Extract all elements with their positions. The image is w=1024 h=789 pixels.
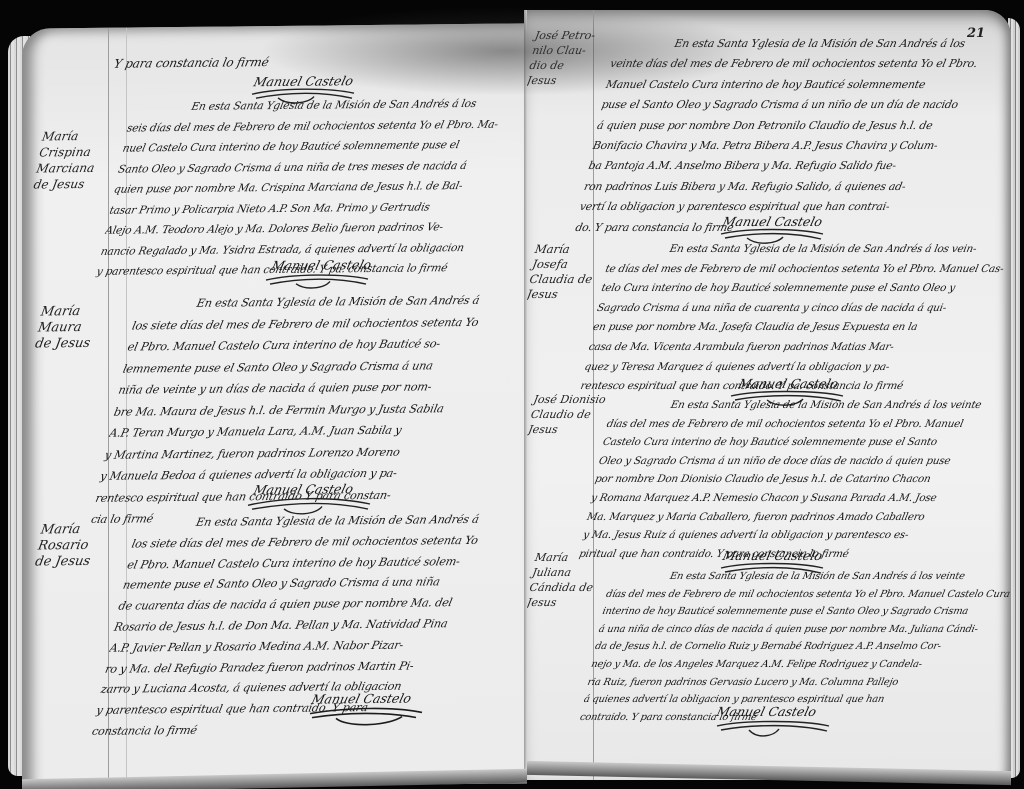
entry-line: Oleo y Sagrado Crisma á un niño de doce … (597, 452, 1005, 471)
entry-line: en puse por nombre Ma. Josefa Claudia de… (591, 318, 999, 338)
entry-line: constancia lo firmé (90, 718, 499, 743)
baptism-entry-r2: En esta Santa Yglesia de la Misión de Sa… (578, 240, 1011, 397)
baptism-entry-r4: En esta Santa Yglesia de la Misión de Sa… (578, 568, 1011, 726)
entry-line: telo Cura interino de hoy Bauticé solemn… (599, 279, 1007, 299)
entry-line: Manuel Castelo Cura interino de hoy Baut… (604, 75, 1011, 95)
margin-name-line: Claudio de (530, 407, 605, 422)
margin-name-line: José Dionisio (532, 392, 607, 407)
entry-line: los siete días del mes de Febrero de mil… (129, 530, 527, 555)
entry-line: En esta Santa Yglesia de la Misión de Sa… (608, 568, 1011, 586)
entry-line: quez y Teresa Marquez á quienes advertí … (583, 358, 991, 378)
entry-line: da de Jesus h.l. de Cornelio Ruiz y Bern… (593, 638, 1001, 656)
margin-name-line: nilo Clau- (531, 43, 594, 58)
entry-line: y Ma. Jesus Ruiz á quienes advertí la ob… (581, 526, 989, 545)
entry-line: Bonifacio Chavira y Ma. Petra Bibera A.P… (591, 136, 999, 156)
entry-line: En esta Santa Yglesia de la Misión de Sa… (612, 34, 1011, 54)
margin-name-line: Jesus (527, 422, 602, 437)
baptism-entry-1: En esta Santa Yglesia de la Misión de Sa… (94, 93, 527, 282)
margin-name-line: Marciana (35, 160, 96, 177)
entry-line: ria Ruiz, fueron padrinos Gervasio Lucer… (586, 674, 994, 692)
margin-name-line: de Jesus (34, 336, 92, 353)
baptism-entry-r3: En esta Santa Yglesia de la Misión de Sa… (577, 396, 1011, 563)
entry-line: nejo y Ma. de los Angeles Marquez A.M. F… (589, 656, 997, 674)
margin-name-line: Rosario (37, 538, 95, 555)
margin-name-line: Jesus (527, 287, 591, 302)
entry-line: y Romana Marquez A.P. Nemesio Chacon y S… (589, 489, 997, 508)
signature-flourish (262, 271, 372, 292)
entry-r4-signature: Manuel Castelo (715, 704, 818, 719)
margin-name-line: Claudia de (528, 272, 593, 287)
margin-name-line: María (39, 522, 97, 539)
entry-line: ron padrinos Luis Bibera y Ma. Refugio S… (582, 177, 990, 197)
margin-name-line: de Jesus (32, 176, 93, 193)
right-page: 21 José Petro- nilo Clau- dio de Jesus E… (527, 10, 1011, 780)
margin-name-entry-1: María Crispina Marciana de Jesus (32, 128, 101, 193)
margin-name-line: Jesus (527, 595, 592, 610)
entry-line: Sagrado Crisma á una niña de cuarenta y … (595, 299, 1003, 319)
margin-name-entry-3: María Rosario de Jesus (34, 522, 97, 571)
entry-line: por nombre Don Dionisio Claudio de Jesus… (593, 470, 1001, 489)
entry-line: Ma. Marquez y Maria Caballero, fueron pa… (585, 508, 993, 527)
entry-line: quien puse por nombre Ma. Crispina Marci… (112, 175, 521, 200)
margin-name-line: Juliana (531, 565, 597, 580)
carryover-closing-text: Y para constancia lo firmé (112, 52, 271, 74)
entry-line: seis días del mes de Febrero de mil ocho… (125, 114, 527, 139)
margin-name-line: José Petro- (534, 28, 597, 43)
margin-name-line: Josefa (531, 257, 596, 272)
margin-name-line: Crispina (38, 144, 99, 161)
entry-line: veinte días del mes de Febrero de mil oc… (608, 54, 1011, 74)
entry-line: casa de Ma. Vicenta Arambula fueron padr… (587, 338, 995, 358)
open-register-book: Y para constancia lo firmé Manuel Castel… (8, 6, 1020, 786)
entry-line: los siete días del mes de Febrero de mil… (130, 311, 527, 337)
entry-line: En esta Santa Yglesia de la Misión de Sa… (607, 240, 1011, 260)
signature-flourish (713, 718, 833, 740)
signature-flourish (306, 704, 426, 729)
margin-name-line: dio de (528, 58, 591, 73)
entry-line: puse el Santo Oleo y Sagrado Crisma á un… (599, 95, 1007, 115)
entry-line: á quien puse por nombre Don Petronilo Cl… (595, 116, 1003, 136)
margin-name-line: Maura (37, 320, 95, 337)
margin-name-entry-r4: María Juliana Cándida de Jesus (527, 550, 600, 610)
margin-name-line: María (534, 550, 600, 565)
entry-line: días del mes de Febrero de mil ochocient… (604, 586, 1011, 604)
entry-line: ba Pantoja A.M. Anselmo Bibera y Ma. Ref… (586, 156, 994, 176)
margin-name-entry-r1: José Petro- nilo Clau- dio de Jesus (527, 28, 596, 88)
entry-line: días del mes de Febrero de mil ochocient… (605, 415, 1011, 434)
entry-line: Castelo Cura interino de hoy Bauticé sol… (601, 433, 1009, 452)
entry-line: te días del mes de Febrero de mil ochoci… (603, 260, 1011, 280)
entry-line: interino de hoy Bauticé solemnemente pus… (601, 603, 1009, 621)
left-page: Y para constancia lo firmé Manuel Castel… (22, 23, 527, 788)
margin-name-entry-r2: María Josefa Claudia de Jesus (527, 242, 599, 302)
baptism-entry-r1: En esta Santa Yglesia de la Misión de Sa… (573, 34, 1011, 238)
entry-line: á una niña de cinco días de nacida á qui… (597, 621, 1005, 639)
margin-name-entry-2: María Maura de Jesus (34, 304, 97, 353)
entry-line: En esta Santa Yglesia de la Misión de Sa… (609, 396, 1011, 415)
margin-name-line: Jesus (527, 73, 588, 88)
margin-name-line: de Jesus (34, 554, 92, 571)
margin-name-line: María (41, 128, 102, 145)
margin-name-line: Cándida de (528, 580, 594, 595)
margin-name-line: María (39, 304, 97, 321)
margin-name-entry-r3: José Dionisio Claudio de Jesus (527, 392, 607, 437)
margin-name-line: María (534, 242, 599, 257)
